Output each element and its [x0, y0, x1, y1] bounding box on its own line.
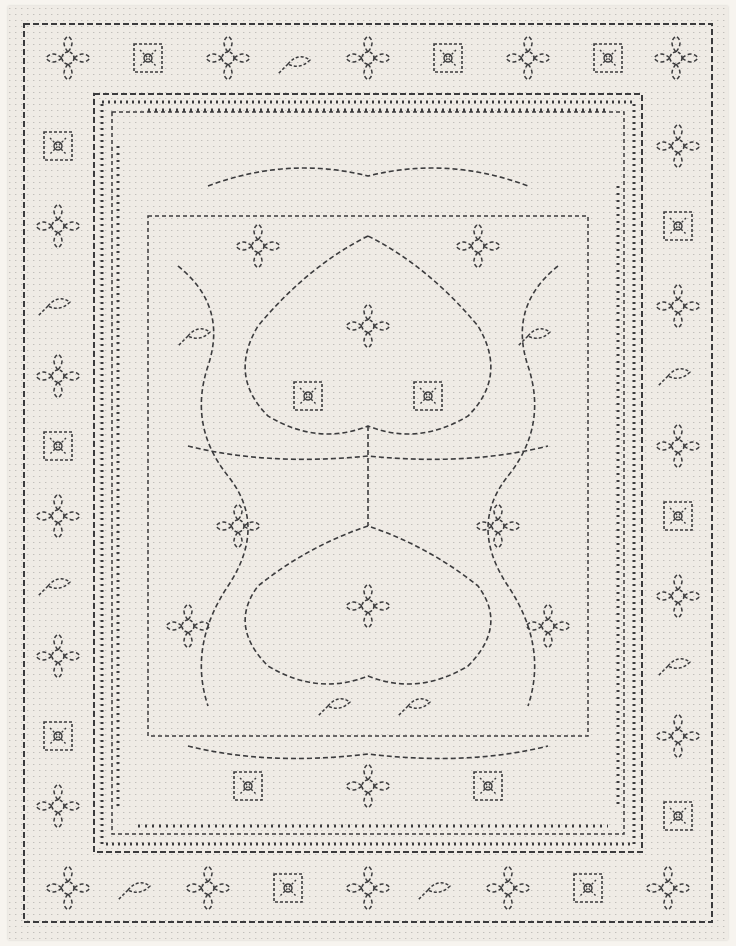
rug-pattern [8, 6, 728, 940]
image-caption: Rectangular ivory rug with distressed ch… [0, 0, 1, 1]
rug [8, 6, 728, 940]
photo-canvas: Rectangular ivory rug with distressed ch… [0, 0, 736, 946]
